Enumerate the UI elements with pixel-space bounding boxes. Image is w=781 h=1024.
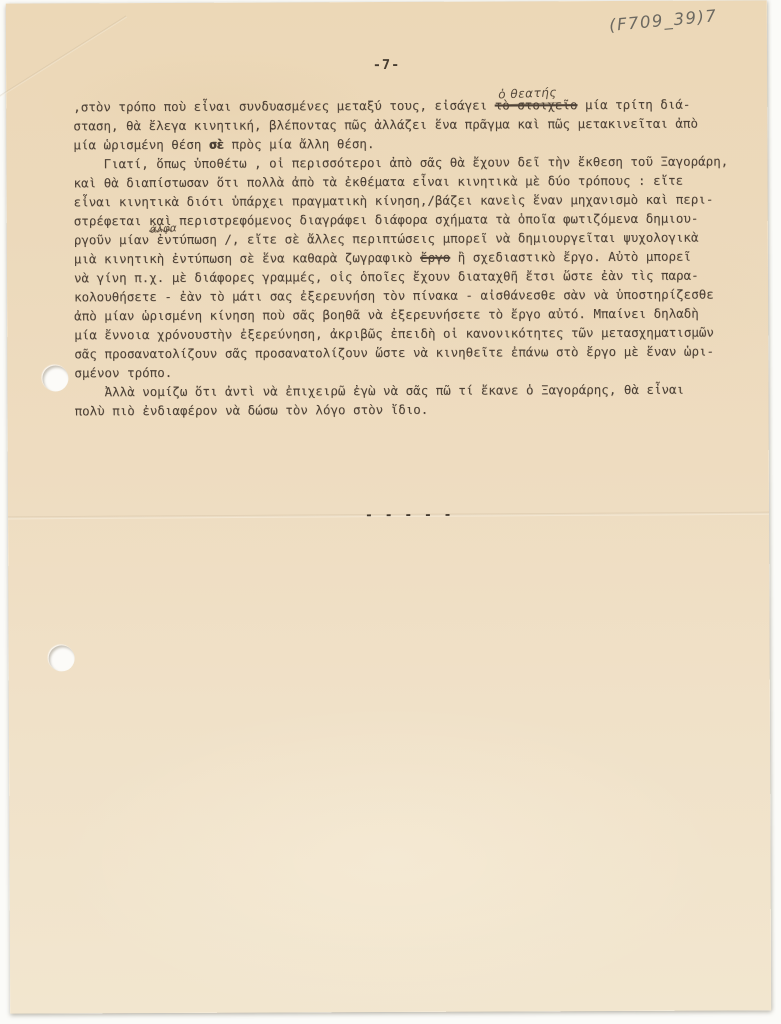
- typed-text-block: ,στὸν τρόπο ποὺ εἶναι συνδυασμένες μεταξ…: [73, 94, 758, 420]
- typed-text: περιστρεφόμενος διαγράφει διάφορα σχήματ…: [172, 211, 699, 228]
- overstruck-text: σὲ: [209, 137, 224, 152]
- typed-line: σταση, θὰ ἔλεγα κινητική, βλέποντας πῶς …: [73, 113, 757, 135]
- struck-text: τὸ στοιχεῖοὁ θεατής: [495, 97, 578, 112]
- paper-sheet: -7- (F709_39)7 ,στὸν τρόπο ποὺ εἶναι συν…: [6, 0, 771, 1013]
- handwritten-archive-annotation: (F709_39)7: [608, 1, 769, 36]
- typed-text: μία ἔννοια χρόνουστὴν ἐξερεύνηση, ἀκριβῶ…: [74, 325, 714, 343]
- typed-text: Γιατί, ὅπως ὑποθέτω , οἱ περισσότεροι ἀπ…: [73, 154, 728, 172]
- typed-text: καὶ θὰ διαπίστωσαν ὅτι πολλὰ ἀπὸ τὰ ἐκθέ…: [74, 173, 684, 191]
- typed-text: Ἀλλὰ νομίζω ὅτι ἀντὶ νὰ ἐπιχειρῶ ἐγὼ νὰ …: [74, 382, 684, 400]
- typed-text: κολουθήσετε - ἐὰν τὸ μάτι σας ἐξερευνήση…: [74, 287, 714, 305]
- scanned-document: -7- (F709_39)7 ,στὸν τρόπο ποὺ εἶναι συν…: [0, 0, 781, 1024]
- typed-text: ργοῦν μίαν: [74, 232, 149, 247]
- punch-hole-bottom: [49, 645, 75, 671]
- typed-text: ἀπὸ μίαν ὡρισμένη κίνηση ποὺ σᾶς βοηθᾶ ν…: [74, 306, 699, 324]
- typed-text: σμένον τρόπο.: [74, 365, 172, 380]
- typed-line: πολὺ πιὸ ἐνδιαφέρον νὰ δώσω τὸν λόγο στὸ…: [75, 398, 759, 420]
- typed-text: σᾶς προσανατολίζουν σᾶς προσανατολίζουν …: [74, 344, 714, 362]
- typed-text: ,στὸν τρόπο ποὺ εἶναι συνδυασμένες μεταξ…: [73, 98, 494, 115]
- handwritten-correction: ὁ θεατής: [498, 83, 558, 105]
- struck-text: ἔργο: [420, 250, 450, 265]
- page-number: -7-: [6, 55, 767, 74]
- typed-line: Ἀλλὰ νομίζω ὅτι ἀντὶ νὰ ἐπιχειρῶ ἐγὼ νὰ …: [74, 379, 758, 401]
- typed-line: σᾶς προσανατολίζουν σᾶς προσανατολίζουν …: [74, 341, 758, 363]
- typed-text: μία τρίτη διά-: [577, 97, 690, 112]
- typed-text: ἢ σχεδιαστικὸ ἔργο. Αὐτὸ μπορεῖ: [450, 249, 691, 265]
- typed-text: ἐντύπωση /, εἴτε σὲ ἄλλες περιπτώσεις μπ…: [149, 230, 698, 247]
- typed-text: σταση, θὰ ἔλεγα κινητική, βλέποντας πῶς …: [73, 116, 698, 134]
- typed-text: μία ὡρισμένη θέση: [73, 137, 209, 153]
- typed-text: πολὺ πιὸ ἐνδιαφέρον νὰ δώσω τὸν λόγο στὸ…: [75, 402, 429, 419]
- typed-text: μιὰ κινητικὴ ἐντύπωση σὲ ἕνα καθαρὰ ζωγρ…: [74, 250, 420, 267]
- typed-text: εἶναι κινητικὰ διότι ὑπάρχει πραγματικὴ …: [74, 192, 714, 210]
- punch-hole-top: [42, 365, 68, 391]
- typed-text: νὰ γίνη π.χ. μὲ διάφορες γραμμές, οἱς ὁπ…: [74, 268, 699, 286]
- typed-text: στρέφεται: [74, 213, 149, 228]
- corner-fold-crease: [0, 16, 127, 98]
- handwritten-insertion: άλφα: [150, 219, 178, 239]
- dashed-separator: - - - - -: [365, 508, 454, 524]
- typed-text: πρὸς μία ἄλλη θέση.: [224, 136, 375, 152]
